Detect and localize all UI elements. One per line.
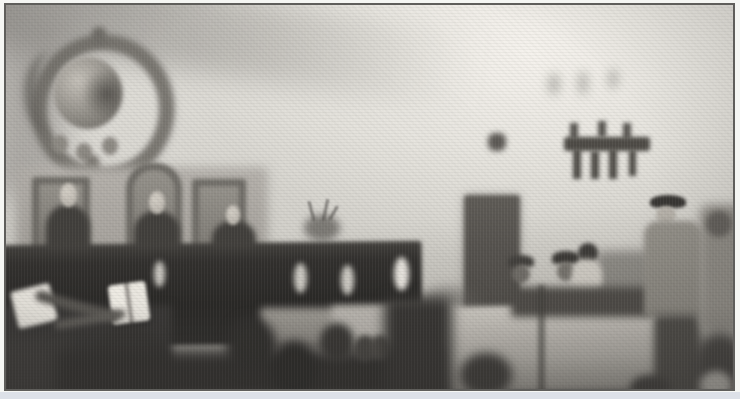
courtroom-photograph [6,5,733,389]
photo-frame [4,3,735,391]
page-bottom-strip [0,392,740,399]
vignette-overlay [6,5,733,389]
